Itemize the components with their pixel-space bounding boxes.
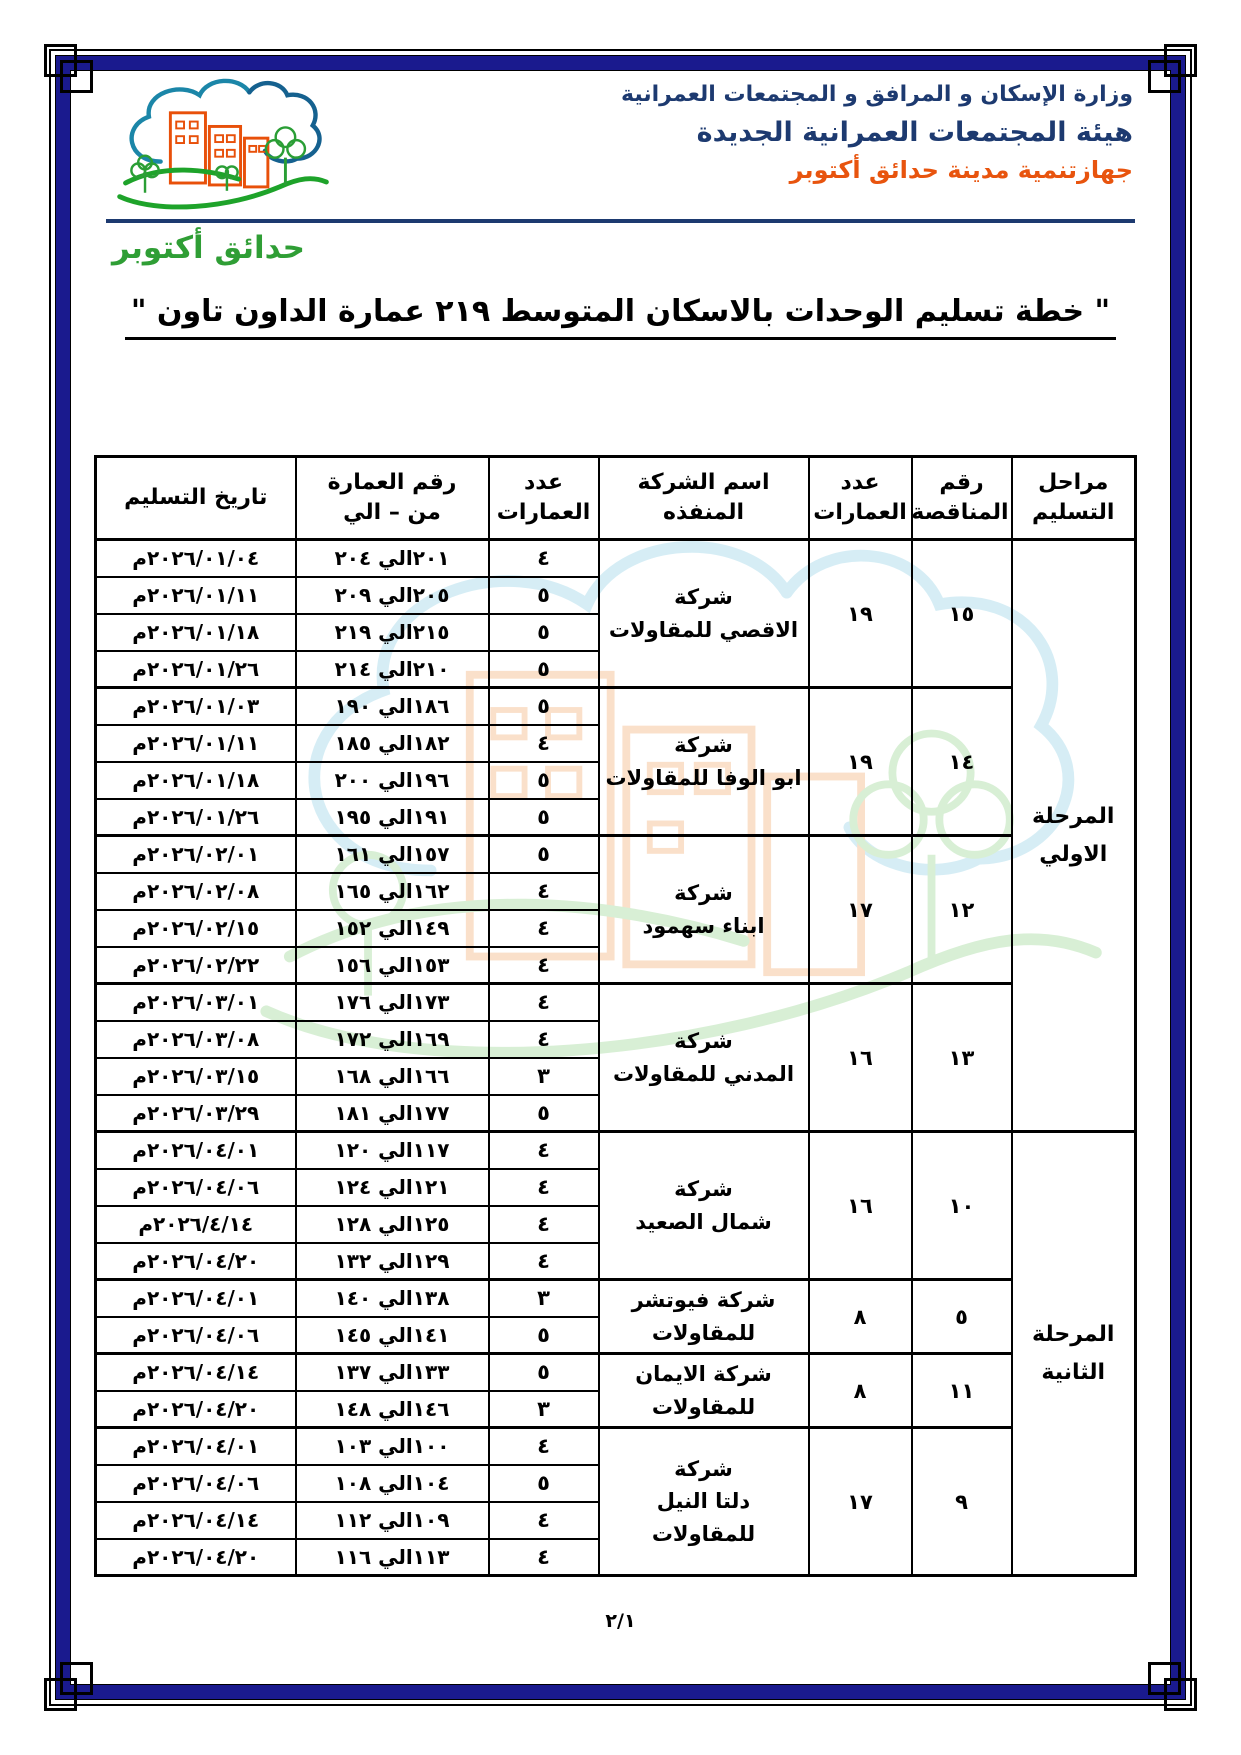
header-company: اسم الشركة المنفذه (599, 457, 809, 540)
date-cell: ٢٠٢٦/٠٣/١٥م (96, 1058, 296, 1095)
tender-no-cell: ١٣ (912, 984, 1012, 1132)
header-buildings-count: عدد العمارات (809, 457, 912, 540)
date-cell: ٢٠٢٦/٠٣/٠٨م (96, 1021, 296, 1058)
date-cell: ٢٠٢٦/٠٣/٠١م (96, 984, 296, 1021)
row-count-cell: ٥ (489, 614, 599, 651)
range-cell: ١٣٣الي ١٣٧ (296, 1354, 489, 1391)
date-cell: ٢٠٢٦/٠١/١٨م (96, 614, 296, 651)
company-cell: شركة المدني للمقاولات (599, 984, 809, 1132)
phase-cell: المرحلة الثانية (1012, 1132, 1136, 1576)
header-divider (106, 219, 1135, 223)
range-cell: ١٩٦الي ٢٠٠ (296, 762, 489, 799)
range-cell: ١٣٨الي ١٤٠ (296, 1280, 489, 1317)
range-cell: ١٦٩الي ١٧٢ (296, 1021, 489, 1058)
table-row: ١٣ ١٦ شركة المدني للمقاولات ٤ ١٧٣الي ١٧٦… (96, 984, 1136, 1021)
company-cell: شركة فيوتشر للمقاولات (599, 1280, 809, 1354)
range-cell: ٢٠٥الي ٢٠٩ (296, 577, 489, 614)
date-cell: ٢٠٢٦/٠٤/٠٦م (96, 1465, 296, 1502)
date-cell: ٢٠٢٦/٠٤/١٤م (96, 1354, 296, 1391)
table-row: ٩ ١٧ شركة دلتا النيل للمقاولات ٤ ١٠٠الي … (96, 1428, 1136, 1465)
row-count-cell: ٤ (489, 873, 599, 910)
row-count-cell: ٣ (489, 1280, 599, 1317)
row-count-cell: ٥ (489, 577, 599, 614)
range-cell: ١٨٦الي ١٩٠ (296, 688, 489, 725)
corner-ornament-icon (1148, 60, 1181, 93)
date-cell: ٢٠٢٦/٠٤/٢٠م (96, 1243, 296, 1280)
corner-ornament-icon (60, 1662, 93, 1695)
range-cell: ١٠٩الي ١١٢ (296, 1502, 489, 1539)
range-cell: ١٢١الي ١٢٤ (296, 1169, 489, 1206)
row-count-cell: ٥ (489, 836, 599, 873)
header-org-block: وزارة الإسكان و المرافق و المجتمعات العم… (621, 82, 1133, 184)
tender-no-cell: ١١ (912, 1354, 1012, 1428)
company-cell: شركة ابناء سهمود (599, 836, 809, 984)
date-cell: ٢٠٢٦/٤/١٤م (96, 1206, 296, 1243)
range-cell: ١٦٢الي ١٦٥ (296, 873, 489, 910)
date-cell: ٢٠٢٦/٠٤/٢٠م (96, 1391, 296, 1428)
range-cell: ١٤٦الي ١٤٨ (296, 1391, 489, 1428)
buildings-total-cell: ١٩ (809, 540, 912, 688)
document-page: وزارة الإسكان و المرافق و المجتمعات العم… (0, 0, 1241, 1755)
row-count-cell: ٣ (489, 1058, 599, 1095)
row-count-cell: ٣ (489, 1391, 599, 1428)
buildings-total-cell: ٨ (809, 1280, 912, 1354)
date-cell: ٢٠٢٦/٠١/٠٣م (96, 688, 296, 725)
header-delivery-date: تاريخ التسليم (96, 457, 296, 540)
row-count-cell: ٤ (489, 1132, 599, 1169)
tender-no-cell: ١٢ (912, 836, 1012, 984)
range-cell: ١٧٣الي ١٧٦ (296, 984, 489, 1021)
company-cell: شركة دلتا النيل للمقاولات (599, 1428, 809, 1576)
tender-no-cell: ٥ (912, 1280, 1012, 1354)
row-count-cell: ٤ (489, 1206, 599, 1243)
phase-cell: المرحلة الاولي (1012, 540, 1136, 1132)
range-cell: ١٧٧الي ١٨١ (296, 1095, 489, 1132)
date-cell: ٢٠٢٦/٠٢/٠٨م (96, 873, 296, 910)
range-cell: ١٨٢الي ١٨٥ (296, 725, 489, 762)
row-count-cell: ٤ (489, 540, 599, 577)
buildings-total-cell: ١٩ (809, 688, 912, 836)
row-count-cell: ٥ (489, 651, 599, 688)
row-count-cell: ٥ (489, 1317, 599, 1354)
row-count-cell: ٤ (489, 947, 599, 984)
date-cell: ٢٠٢٦/٠١/١١م (96, 577, 296, 614)
range-cell: ٢٠١الي ٢٠٤ (296, 540, 489, 577)
range-cell: ١٢٩الي ١٣٢ (296, 1243, 489, 1280)
table-row: ١٢ ١٧ شركة ابناء سهمود ٥ ١٥٧الي ١٦١ ٢٠٢٦… (96, 836, 1136, 873)
row-count-cell: ٤ (489, 984, 599, 1021)
date-cell: ٢٠٢٦/٠٤/٠٦م (96, 1317, 296, 1354)
date-cell: ٢٠٢٦/٠١/٠٤م (96, 540, 296, 577)
row-count-cell: ٤ (489, 1243, 599, 1280)
row-count-cell: ٤ (489, 1539, 599, 1576)
row-count-cell: ٥ (489, 1354, 599, 1391)
hadayek-october-logo-icon (104, 66, 344, 222)
row-count-cell: ٤ (489, 910, 599, 947)
range-cell: ٢١٠الي ٢١٤ (296, 651, 489, 688)
row-count-cell: ٤ (489, 725, 599, 762)
document-title: " خطة تسليم الوحدات بالاسكان المتوسط ٢١٩… (0, 294, 1241, 329)
page-number: ٢/١ (0, 1610, 1241, 1632)
company-cell: شركة ابو الوفا للمقاولات (599, 688, 809, 836)
date-cell: ٢٠٢٦/٠١/١٨م (96, 762, 296, 799)
company-cell: شركة الايمان للمقاولات (599, 1354, 809, 1428)
date-cell: ٢٠٢٦/٠٢/٠١م (96, 836, 296, 873)
delivery-schedule-table: مراحل التسليم رقم المناقصة عدد العمارات … (94, 455, 1137, 1577)
header-row-count: عدد العمارات (489, 457, 599, 540)
date-cell: ٢٠٢٦/٠٤/١٤م (96, 1502, 296, 1539)
tender-no-cell: ٩ (912, 1428, 1012, 1576)
row-count-cell: ٤ (489, 1502, 599, 1539)
buildings-total-cell: ١٧ (809, 1428, 912, 1576)
range-cell: ١٠٠الي ١٠٣ (296, 1428, 489, 1465)
buildings-total-cell: ١٦ (809, 984, 912, 1132)
tender-no-cell: ١٠ (912, 1132, 1012, 1280)
ministry-name: وزارة الإسكان و المرافق و المجتمعات العم… (621, 82, 1133, 107)
header-building-range: رقم العمارة من – الي (296, 457, 489, 540)
row-count-cell: ٤ (489, 1169, 599, 1206)
date-cell: ٢٠٢٦/٠٤/٠١م (96, 1132, 296, 1169)
row-count-cell: ٥ (489, 1095, 599, 1132)
authority-name: هيئة المجتمعات العمرانية الجديدة (621, 117, 1133, 148)
range-cell: ١٥٣الي ١٥٦ (296, 947, 489, 984)
date-cell: ٢٠٢٦/٠٤/٢٠م (96, 1539, 296, 1576)
company-cell: شركة شمال الصعيد (599, 1132, 809, 1280)
date-cell: ٢٠٢٦/٠١/٢٦م (96, 799, 296, 836)
buildings-total-cell: ١٧ (809, 836, 912, 984)
row-count-cell: ٥ (489, 688, 599, 725)
range-cell: ٢١٥الي ٢١٩ (296, 614, 489, 651)
document-title-text: " خطة تسليم الوحدات بالاسكان المتوسط ٢١٩… (125, 294, 1116, 340)
table-row: ١١ ٨ شركة الايمان للمقاولات ٥ ١٣٣الي ١٣٧… (96, 1354, 1136, 1391)
agency-name: جهازتنمية مدينة حدائق أكتوبر (621, 156, 1133, 184)
corner-ornament-icon (1148, 1662, 1181, 1695)
company-cell: شركة الاقصي للمقاولات (599, 540, 809, 688)
range-cell: ١١٣الي ١١٦ (296, 1539, 489, 1576)
date-cell: ٢٠٢٦/٠٤/٠٦م (96, 1169, 296, 1206)
row-count-cell: ٤ (489, 1428, 599, 1465)
row-count-cell: ٤ (489, 1021, 599, 1058)
range-cell: ١١٧الي ١٢٠ (296, 1132, 489, 1169)
buildings-total-cell: ٨ (809, 1354, 912, 1428)
row-count-cell: ٥ (489, 762, 599, 799)
table-row: المرحلة الثانية ١٠ ١٦ شركة شمال الصعيد ٤… (96, 1132, 1136, 1169)
row-count-cell: ٥ (489, 1465, 599, 1502)
range-cell: ١٢٥الي ١٢٨ (296, 1206, 489, 1243)
date-cell: ٢٠٢٦/٠٤/٠١م (96, 1428, 296, 1465)
range-cell: ١٥٧الي ١٦١ (296, 836, 489, 873)
range-cell: ١٠٤الي ١٠٨ (296, 1465, 489, 1502)
row-count-cell: ٥ (489, 799, 599, 836)
date-cell: ٢٠٢٦/٠٢/١٥م (96, 910, 296, 947)
corner-ornament-icon (60, 60, 93, 93)
date-cell: ٢٠٢٦/٠١/٢٦م (96, 651, 296, 688)
date-cell: ٢٠٢٦/٠٣/٢٩م (96, 1095, 296, 1132)
header-phase: مراحل التسليم (1012, 457, 1136, 540)
date-cell: ٢٠٢٦/٠٢/٢٢م (96, 947, 296, 984)
tender-no-cell: ١٥ (912, 540, 1012, 688)
range-cell: ١٤٩الي ١٥٢ (296, 910, 489, 947)
range-cell: ١٤١الي ١٤٥ (296, 1317, 489, 1354)
table-row: ٥ ٨ شركة فيوتشر للمقاولات ٣ ١٣٨الي ١٤٠ ٢… (96, 1280, 1136, 1317)
header-tender-no: رقم المناقصة (912, 457, 1012, 540)
table-row: ١٤ ١٩ شركة ابو الوفا للمقاولات ٥ ١٨٦الي … (96, 688, 1136, 725)
range-cell: ١٩١الي ١٩٥ (296, 799, 489, 836)
buildings-total-cell: ١٦ (809, 1132, 912, 1280)
range-cell: ١٦٦الي ١٦٨ (296, 1058, 489, 1095)
table-header-row: مراحل التسليم رقم المناقصة عدد العمارات … (96, 457, 1136, 540)
tender-no-cell: ١٤ (912, 688, 1012, 836)
table-row: المرحلة الاولي ١٥ ١٩ شركة الاقصي للمقاول… (96, 540, 1136, 577)
date-cell: ٢٠٢٦/٠٤/٠١م (96, 1280, 296, 1317)
date-cell: ٢٠٢٦/٠١/١١م (96, 725, 296, 762)
logo-caption: حدائق أكتوبر (112, 230, 305, 266)
